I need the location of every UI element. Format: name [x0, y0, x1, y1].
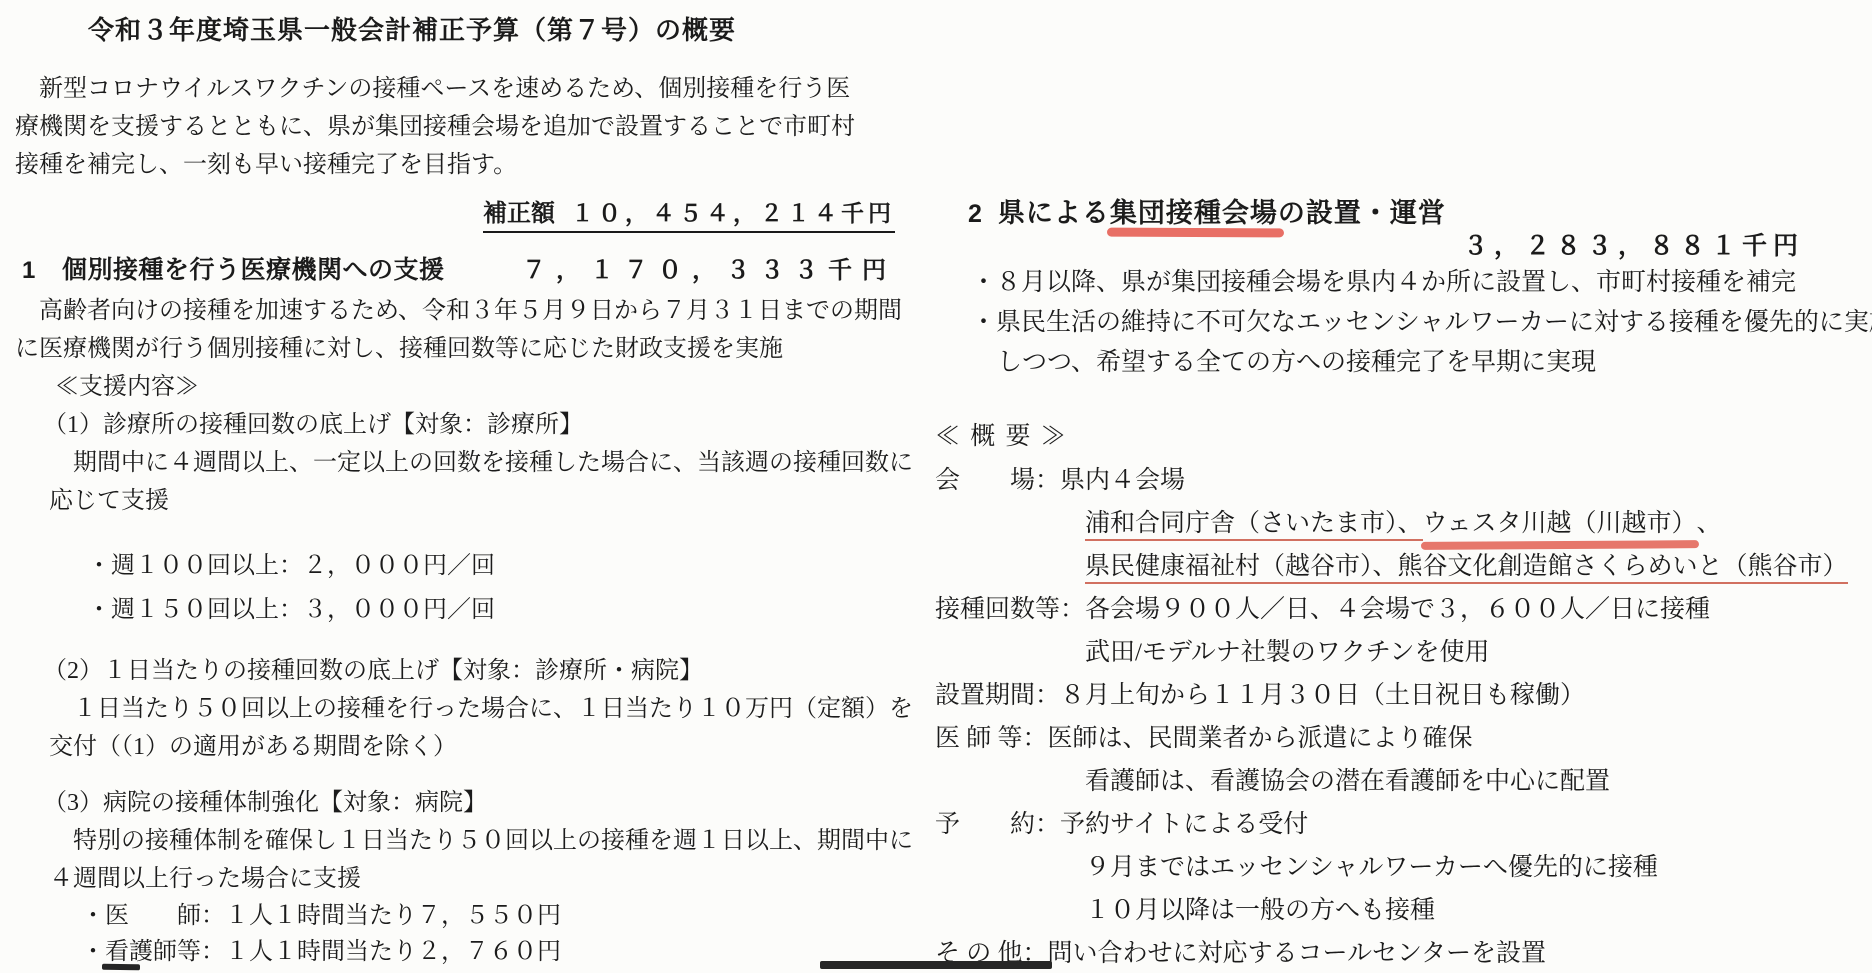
venue-segment-red-underlined: 浦和合同庁舎（さいたま市）、 — [1085, 510, 1423, 541]
overview-row-venue-label: 会 場：県内４会場 — [935, 459, 1872, 502]
overview-row-reservation-sep: ９月まではエッセンシャルワーカーへ優先的に接種 — [935, 846, 1872, 889]
venue-segment-red-marker: ウェスタ川越（川越市） — [1423, 502, 1697, 545]
item-1-rate-bullet: ・週１００回以上：２，０００円／回 — [15, 544, 910, 588]
document-page: 令和３年度埼玉県一般会計補正予算（第７号）の概要 新型コロナウイルスワクチンの接… — [0, 0, 1872, 973]
section-2-title-pre: 県による — [998, 198, 1110, 228]
overview-row-doctors: 医 師 等：医師は、民間業者から派遣により確保 — [935, 717, 1872, 760]
overview-row-reservation-oct: １０月以降は一般の方へも接種 — [935, 889, 1872, 932]
item-3-heading: （3）病院の接種体制強化【対象：病院】 — [15, 784, 910, 822]
section-2-bullet: ・県民生活の維持に不可欠なエッセンシャルワーカーに対する接種を優先的に実施 — [935, 303, 1872, 343]
item-2-body-line: 交付（（1）の適用がある期間を除く） — [15, 728, 910, 766]
scan-artifact-bar — [820, 961, 1052, 969]
section-2-amount: ３，２８３，８８１千円 — [1463, 226, 1804, 266]
venue-segment-plain: 、 — [1697, 510, 1722, 537]
item-1-heading: （1）診療所の接種回数の底上げ【対象：診療所】 — [15, 406, 910, 444]
overview-row-nurses: 看護師は、看護協会の潜在看護師を中心に配置 — [935, 760, 1872, 803]
section-1-amount: ７，１７０，３３３千円 — [522, 250, 896, 292]
section-1-lead-line: 高齢者向けの接種を加速するため、令和３年５月９日から７月３１日までの期間 — [15, 292, 910, 330]
item-3-rate-bullet: ・看護師等：１人１時間当たり２，７６０円 — [15, 934, 910, 970]
section-1-title: 個別接種を行う医療機関への支援 — [62, 249, 445, 291]
overview-row-reservation: 予 約：予約サイトによる受付 — [935, 803, 1872, 846]
item-2-body-line: １日当たり５０回以上の接種を行った場合に、１日当たり１０万円（定額）を — [15, 690, 910, 728]
section-1-lead-line: に医療機関が行う個別接種に対し、接種回数等に応じた財政支援を実施 — [15, 330, 910, 368]
support-details-heading: ≪支援内容≫ — [15, 368, 910, 406]
item-3-body-line: 特別の接種体制を確保し１日当たり５０回以上の接種を週１日以上、期間中に — [15, 822, 910, 860]
section-2-bullet-continuation: しつつ、希望する全ての方への接種完了を早期に実現 — [935, 343, 1872, 383]
item-3-body-line: ４週間以上行った場合に支援 — [15, 860, 910, 898]
total-underline: 補正額１０，４５４，２１４千円 — [483, 201, 895, 233]
total-label: 補正額 — [483, 200, 555, 227]
section-2-title-post: の設置・運営 — [1278, 198, 1446, 228]
intro-line: 新型コロナウイルスワクチンの接種ペースを速めるため、個別接種を行う医 — [15, 70, 910, 108]
venue-line-1: 浦和合同庁舎（さいたま市）、ウェスタ川越（川越市）、 — [935, 502, 1872, 545]
scan-artifact-bar — [102, 964, 140, 971]
left-column: 令和３年度埼玉県一般会計補正予算（第７号）の概要 新型コロナウイルスワクチンの接… — [15, 10, 910, 970]
venue-segment-red-underlined: 県民健康福祉村（越谷市）、熊谷文化創造館さくらめいと（熊谷市） — [1085, 553, 1848, 584]
red-marker-underline: 集団接種会場 — [1110, 190, 1278, 236]
overview-row-vaccine: 武田/モデルナ社製のワクチンを使用 — [935, 631, 1872, 674]
overview-row-period: 設置期間：８月上旬から１１月３０日（土日祝日も稼働） — [935, 674, 1872, 717]
overview-row-other: そ の 他：問い合わせに対応するコールセンターを設置 — [935, 932, 1872, 973]
document-title: 令和３年度埼玉県一般会計補正予算（第７号）の概要 — [15, 10, 910, 50]
total-amount: １０，４５４，２１４千円 — [571, 200, 895, 226]
item-3-rate-bullet: ・医 師：１人１時間当たり７，５５０円 — [15, 898, 910, 934]
item-1-body-line: 応じて支援 — [15, 482, 910, 520]
item-1-rate-bullet: ・週１５０回以上：３，０００円／回 — [15, 588, 910, 632]
overview-heading: ≪ 概 要 ≫ — [935, 415, 1872, 459]
section-2-title: 県による集団接種会場の設置・運営 — [998, 190, 1446, 236]
section-2-number: 2 — [968, 191, 982, 237]
section-1-heading-row: 1 個別接種を行う医療機関への支援 ７，１７０，３３３千円 — [15, 249, 910, 292]
overview-row-doses: 接種回数等：各会場９００人／日、４会場で３，６００人／日に接種 — [935, 588, 1872, 631]
section-2-bullet: ・８月以降、県が集団接種会場を県内４か所に設置し、市町村接種を補完 — [935, 263, 1872, 303]
supplement-total-line: 補正額１０，４５４，２１４千円 — [15, 192, 910, 235]
section-1-number: 1 — [15, 250, 62, 292]
item-2-heading: （2）１日当たりの接種回数の底上げ【対象：診療所・病院】 — [15, 652, 910, 690]
intro-line: 療機関を支援するとともに、県が集団接種会場を追加で設置することで市町村 — [15, 108, 910, 146]
item-1-body-line: 期間中に４週間以上、一定以上の回数を接種した場合に、当該週の接種回数に — [15, 444, 910, 482]
intro-line: 接種を補完し、一刻も早い接種完了を目指す。 — [15, 146, 910, 184]
right-column: 2 県による集団接種会場の設置・運営 ３，２８３，８８１千円 ・８月以降、県が集… — [935, 190, 1872, 973]
venue-line-2: 県民健康福祉村（越谷市）、熊谷文化創造館さくらめいと（熊谷市） — [935, 545, 1872, 588]
